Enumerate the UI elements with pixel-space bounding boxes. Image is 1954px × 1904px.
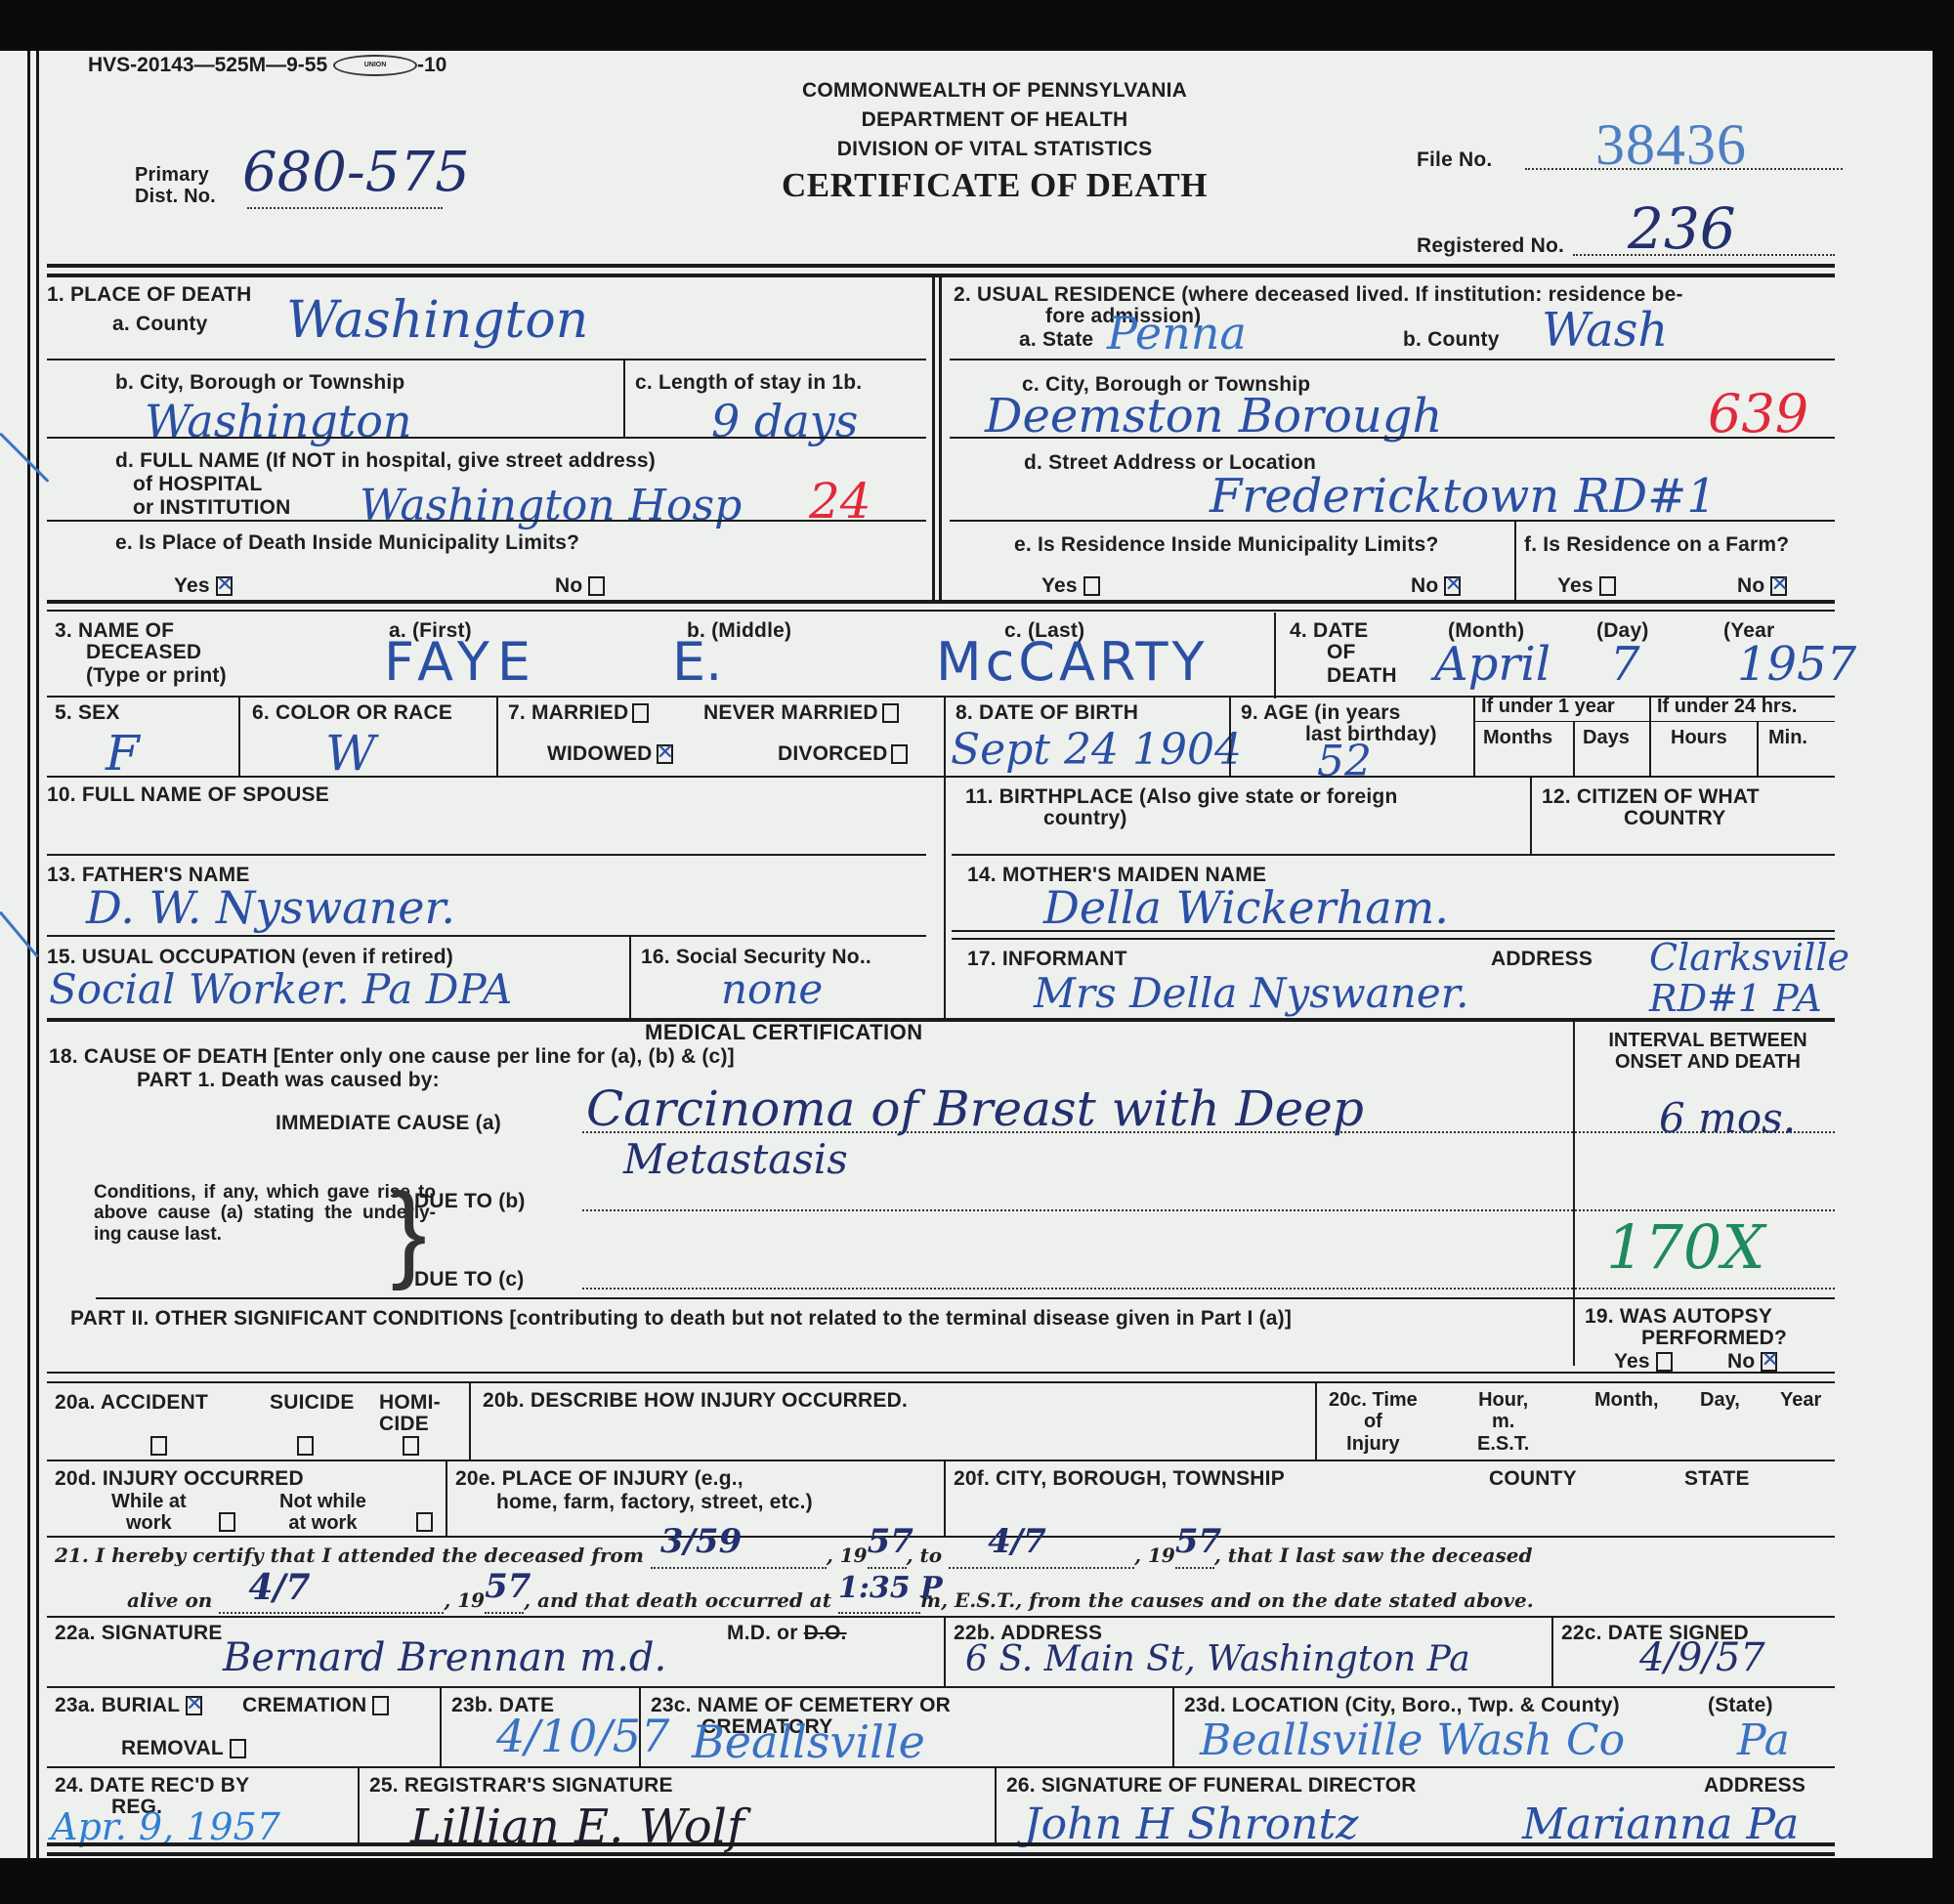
- rule: [1473, 696, 1475, 776]
- informant-address-line-1: Clarksville: [1649, 936, 1849, 979]
- date-signed-value: 4/9/57: [1639, 1635, 1765, 1680]
- form-code-text: HVS-20143—525M—9-55: [88, 54, 327, 76]
- autopsy-label: 19. WAS AUTOPSY: [1585, 1305, 1772, 1328]
- not-work-2: at work: [279, 1512, 366, 1534]
- injury-county-label: COUNTY: [1489, 1467, 1577, 1490]
- death-certificate-page: HVS-20143—525M—9-55 UNION-10 COMMONWEALT…: [0, 51, 1933, 1858]
- death-limits-no-checkbox[interactable]: [588, 576, 605, 596]
- spouse-label: 10. FULL NAME OF SPOUSE: [47, 783, 329, 806]
- hour-label-3: E.S.T.: [1477, 1433, 1529, 1455]
- no-label: No: [1411, 574, 1438, 597]
- residence-state-value: Penna: [1107, 307, 1247, 360]
- age-label: 9. AGE (in years: [1241, 701, 1401, 724]
- min-label: Min.: [1768, 727, 1807, 748]
- hours-label: Hours: [1671, 727, 1727, 748]
- injury-year-label: Year: [1780, 1389, 1821, 1411]
- interval-label-1: INTERVAL BETWEEN: [1600, 1030, 1815, 1051]
- widowed-checkbox[interactable]: [657, 744, 673, 764]
- under-24-hrs-label: If under 24 hrs.: [1657, 696, 1797, 717]
- page-title: CERTIFICATE OF DEATH: [633, 166, 1356, 205]
- informant-value: Mrs Della Nyswaner.: [1034, 969, 1469, 1017]
- alive-year-value: 57: [485, 1567, 531, 1606]
- death-date-label-2: OF: [1327, 641, 1356, 663]
- burial-label: 23a. BURIAL: [55, 1694, 180, 1716]
- middle-name-value: E.: [672, 631, 722, 693]
- injury-day-label: Day,: [1700, 1389, 1740, 1411]
- rule: [1757, 721, 1759, 776]
- death-day-value: 7: [1610, 637, 1640, 692]
- describe-injury-label: 20b. DESCRIBE HOW INJURY OCCURRED.: [483, 1389, 908, 1412]
- from-year-value: 57: [868, 1522, 913, 1561]
- union-suffix: -10: [417, 54, 446, 76]
- not-at-work-checkbox[interactable]: [416, 1512, 433, 1532]
- street-value: Fredericktown RD#1: [1210, 469, 1717, 524]
- not-at-work-label: Not while at work: [279, 1491, 366, 1535]
- farm-yes-checkbox[interactable]: [1599, 576, 1616, 596]
- header-agency: COMMONWEALTH OF PENNSYLVANIA DEPARTMENT …: [633, 76, 1356, 205]
- autopsy-label-2: PERFORMED?: [1641, 1327, 1787, 1349]
- rule: [446, 1460, 447, 1538]
- last-name-value: McCARTY: [936, 631, 1209, 693]
- margin-pen-mark: [0, 432, 50, 483]
- farm-label: f. Is Residence on a Farm?: [1524, 533, 1789, 556]
- citizen-label: 12. CITIZEN OF WHAT: [1542, 785, 1760, 808]
- father-value: D. W. Nyswaner.: [86, 881, 455, 934]
- cause-code-value: 170X: [1606, 1211, 1764, 1283]
- registered-no-value: 236: [1628, 195, 1736, 262]
- under-1-year-label: If under 1 year: [1481, 696, 1615, 717]
- homicide-label: HOMI-: [379, 1391, 441, 1414]
- autopsy-yes-checkbox[interactable]: [1656, 1352, 1673, 1372]
- divorced-option[interactable]: DIVORCED: [778, 742, 908, 765]
- physician-address-value: 6 S. Main St, Washington Pa: [965, 1639, 1470, 1679]
- burial-checkbox[interactable]: [186, 1696, 202, 1715]
- age-value: 52: [1317, 737, 1372, 786]
- rule: [952, 930, 1835, 932]
- death-city-label: b. City, Borough or Township: [115, 371, 404, 394]
- rule: [623, 359, 625, 437]
- death-county-value: Washington: [286, 291, 588, 350]
- rule: [47, 1372, 1835, 1374]
- mother-value: Della Wickerham.: [1043, 881, 1449, 934]
- rule: [47, 359, 926, 360]
- from-year-field[interactable]: 57: [868, 1544, 907, 1569]
- residence-limits-yes[interactable]: Yes: [1041, 574, 1100, 597]
- rule: [47, 520, 926, 522]
- burial-option[interactable]: 23a. BURIAL: [55, 1694, 202, 1716]
- alive-on-field[interactable]: 4/7: [219, 1588, 444, 1614]
- rule: [238, 696, 240, 776]
- residence-limits-no[interactable]: No: [1411, 574, 1461, 597]
- no-label: No: [1727, 1350, 1755, 1373]
- residence-limits-yes-checkbox[interactable]: [1083, 576, 1100, 596]
- rule: [1530, 776, 1532, 856]
- informant-address-line-2: RD#1 PA: [1649, 977, 1822, 1020]
- yes-label: Yes: [174, 574, 210, 597]
- hospital-label: d. FULL NAME (If NOT in hospital, give s…: [115, 449, 656, 472]
- interval-label: INTERVAL BETWEEN ONSET AND DEATH: [1600, 1030, 1815, 1074]
- rule: [1573, 721, 1575, 776]
- immediate-cause-label: IMMEDIATE CAUSE (a): [276, 1112, 501, 1134]
- autopsy-yes[interactable]: Yes: [1614, 1350, 1673, 1373]
- rule: [995, 1766, 997, 1844]
- hospital-label-3: or INSTITUTION: [133, 496, 290, 519]
- due-to-b-label: DUE TO (b): [414, 1190, 526, 1212]
- rule: [944, 776, 946, 856]
- autopsy-no-checkbox[interactable]: [1761, 1352, 1777, 1372]
- never-married-label: NEVER MARRIED: [703, 701, 878, 724]
- married-option[interactable]: 7. MARRIED: [508, 701, 649, 724]
- rule: [944, 1616, 946, 1686]
- no-label: No: [1737, 574, 1764, 597]
- death-date-label: 4. DATE: [1290, 619, 1368, 642]
- never-married-checkbox[interactable]: [882, 703, 899, 723]
- death-date-label-3: DEATH: [1327, 664, 1397, 687]
- divorced-label: DIVORCED: [778, 742, 887, 765]
- rule: [47, 1686, 1835, 1688]
- days-label: Days: [1583, 727, 1630, 748]
- deceased-heading-3: (Type or print): [86, 664, 227, 687]
- accident-checkbox[interactable]: [150, 1436, 167, 1456]
- registrar-signature-label: 25. REGISTRAR'S SIGNATURE: [369, 1774, 673, 1797]
- medical-certification-title: MEDICAL CERTIFICATION: [645, 1020, 923, 1045]
- cemetery-state-value: Pa: [1737, 1715, 1790, 1765]
- attended-to-value: 4/7: [988, 1522, 1046, 1561]
- no-label: No: [555, 574, 582, 597]
- immediate-cause-value-2: Metastasis: [623, 1135, 848, 1183]
- rule: [1473, 721, 1835, 722]
- rule: [944, 696, 946, 776]
- rule: [47, 935, 926, 937]
- cert-text: , 19: [444, 1588, 485, 1612]
- attended-from-value: 3/59: [660, 1522, 742, 1561]
- residence-county-value: Wash: [1542, 303, 1668, 358]
- while-work-1: While at: [111, 1491, 187, 1512]
- hospital-label-2: of HOSPITAL: [133, 473, 262, 495]
- cemetery-location-label: 23d. LOCATION (City, Boro., Twp. & Count…: [1184, 1694, 1620, 1716]
- registered-no-label: Registered No.: [1417, 234, 1564, 257]
- cert-text: m, E.S.T., from the causes and on the da…: [920, 1588, 1534, 1612]
- removal-label: REMOVAL: [121, 1737, 223, 1759]
- certificate-form: HVS-20143—525M—9-55 UNION-10 COMMONWEALT…: [47, 51, 1835, 1839]
- do-label: D.O.: [804, 1622, 847, 1644]
- agency-line-1: COMMONWEALTH OF PENNSYLVANIA: [633, 76, 1356, 106]
- due-to-c-line: [582, 1288, 1835, 1290]
- stay-length-label: c. Length of stay in 1b.: [635, 371, 862, 394]
- cremation-checkbox[interactable]: [372, 1696, 389, 1715]
- rule: [440, 1686, 442, 1768]
- informant-address-label: ADDRESS: [1491, 948, 1593, 970]
- rule: [1514, 520, 1516, 600]
- rule: [1315, 1381, 1317, 1460]
- deceased-heading: 3. NAME OF: [55, 619, 174, 642]
- rule: [1649, 696, 1651, 776]
- married-label: 7. MARRIED: [508, 701, 628, 724]
- stay-length-value: 9 days: [711, 395, 858, 447]
- funeral-director-label: 26. SIGNATURE OF FUNERAL DIRECTOR: [1006, 1774, 1417, 1797]
- residence-county-label: b. County: [1403, 328, 1500, 351]
- cert-text: , and that death occurred at: [524, 1588, 831, 1612]
- rule: [1573, 1018, 1575, 1366]
- death-limits-label: e. Is Place of Death Inside Municipality…: [115, 531, 579, 554]
- primary-label: Primary: [135, 164, 216, 186]
- time-of-injury-label: 20c. Time of Injury: [1329, 1389, 1418, 1455]
- rule: [47, 1381, 1835, 1383]
- death-county-label: a. County: [112, 313, 207, 335]
- rule: [47, 776, 1835, 778]
- attended-to-field[interactable]: 4/7: [949, 1544, 1134, 1569]
- rule: [47, 610, 1835, 612]
- agency-line-3: DIVISION OF VITAL STATISTICS: [633, 135, 1356, 164]
- cremation-label: CREMATION: [242, 1694, 366, 1716]
- rule: [1172, 1686, 1174, 1768]
- rule: [47, 1536, 1835, 1538]
- rule: [950, 359, 1835, 360]
- farm-no[interactable]: No: [1737, 574, 1787, 597]
- injury-occurred-label: 20d. INJURY OCCURRED: [55, 1467, 304, 1490]
- to-year-field[interactable]: 57: [1175, 1544, 1214, 1569]
- occupation-value: Social Worker. Pa DPA: [49, 965, 512, 1013]
- cemetery-state-label: (State): [1708, 1694, 1773, 1716]
- residence-limits-label: e. Is Residence Inside Municipality Limi…: [1014, 533, 1439, 556]
- rule: [47, 1616, 1835, 1618]
- certification-line-1: 21. I hereby certify that I attended the…: [55, 1544, 1532, 1569]
- dist-no-label: Dist. No.: [135, 186, 216, 207]
- cremation-option[interactable]: CREMATION: [242, 1694, 389, 1716]
- rule: [639, 1686, 641, 1768]
- place-of-death-heading: 1. PLACE OF DEATH: [47, 283, 252, 306]
- cert-text: , that I last saw the deceased: [1214, 1544, 1533, 1567]
- sex-value: F: [106, 725, 140, 782]
- rule: [629, 935, 631, 1018]
- rule: [952, 854, 1835, 856]
- informant-label: 17. INFORMANT: [967, 948, 1127, 970]
- file-no-value: 38436: [1595, 111, 1747, 179]
- rule: [96, 1297, 1835, 1299]
- cemetery-value: Beallsville: [692, 1715, 925, 1768]
- alive-on-value: 4/7: [248, 1567, 310, 1608]
- primary-dist-label: Primary Dist. No.: [135, 164, 216, 207]
- section-divider-b: [939, 277, 942, 600]
- rule: [944, 1460, 946, 1538]
- conditions-label: Conditions, if any, which gave rise to a…: [94, 1182, 436, 1245]
- cert-text: alive on: [127, 1588, 212, 1612]
- rule: [1551, 1616, 1553, 1686]
- immediate-cause-value: Carcinoma of Breast with Deep: [586, 1080, 1364, 1137]
- header-rule-1: [47, 264, 1835, 268]
- union-label-icon: UNION: [333, 55, 417, 76]
- rule: [944, 854, 946, 1020]
- rule: [47, 1766, 1835, 1768]
- rule: [950, 520, 1835, 522]
- homicide-label-2: CIDE: [379, 1413, 429, 1435]
- injury-city-label: 20f. CITY, BOROUGH, TOWNSHIP: [954, 1467, 1285, 1490]
- rule: [496, 696, 498, 776]
- residence-state-label: a. State: [1019, 328, 1093, 351]
- time-label-1: 20c. Time: [1329, 1389, 1418, 1411]
- cert-text: , 19: [827, 1544, 868, 1567]
- death-limits-yes-checkbox[interactable]: [216, 576, 233, 596]
- rule: [47, 600, 1835, 604]
- death-time-field[interactable]: 1:35 P: [838, 1588, 920, 1614]
- death-limits-yes[interactable]: Yes: [174, 574, 233, 597]
- ssn-value: none: [721, 965, 823, 1013]
- married-checkbox[interactable]: [632, 703, 649, 723]
- primary-dist-line: [247, 207, 443, 209]
- residence-city-code: 639: [1708, 383, 1808, 444]
- removal-option[interactable]: REMOVAL: [121, 1737, 246, 1759]
- file-no-label: File No.: [1417, 148, 1492, 171]
- place-of-injury-label: 20e. PLACE OF INJURY (e.g.,: [455, 1467, 743, 1490]
- cemetery-label: 23c. NAME OF CEMETERY OR: [651, 1694, 951, 1716]
- time-label-3: Injury: [1329, 1433, 1418, 1455]
- yes-label: Yes: [1041, 574, 1078, 597]
- birthplace-label: 11. BIRTHPLACE (Also give state or forei…: [965, 785, 1397, 808]
- rule: [47, 437, 926, 439]
- hour-label-1: Hour,: [1477, 1389, 1529, 1411]
- to-year-value: 57: [1175, 1522, 1221, 1561]
- interval-label-2: ONSET AND DEATH: [1600, 1051, 1815, 1073]
- rule: [469, 1381, 471, 1460]
- death-city-value: Washington: [145, 395, 412, 447]
- injury-state-label: STATE: [1684, 1467, 1750, 1490]
- attended-from-field[interactable]: 3/59: [651, 1544, 827, 1569]
- death-month-value: April: [1434, 637, 1550, 692]
- dob-value: Sept 24 1904: [951, 725, 1242, 775]
- removal-checkbox[interactable]: [230, 1739, 246, 1758]
- deceased-heading-2: DECEASED: [86, 641, 201, 663]
- interval-value: 6 mos.: [1659, 1094, 1796, 1142]
- suicide-checkbox[interactable]: [297, 1436, 314, 1456]
- yes-label: Yes: [1614, 1350, 1650, 1373]
- section-divider-a: [932, 277, 935, 600]
- due-to-c-label: DUE TO (c): [414, 1268, 524, 1290]
- rule: [1229, 696, 1231, 776]
- birthplace-label-2: country): [1043, 807, 1127, 829]
- disposition-date-value: 4/10/57: [496, 1710, 669, 1762]
- homicide-checkbox[interactable]: [403, 1436, 419, 1456]
- while-work-2: work: [111, 1512, 187, 1534]
- agency-line-2: DEPARTMENT OF HEALTH: [633, 106, 1356, 135]
- time-label-2: of: [1329, 1411, 1418, 1432]
- alive-year-field[interactable]: 57: [485, 1588, 524, 1614]
- never-married-option[interactable]: NEVER MARRIED: [703, 701, 899, 724]
- rule: [1274, 613, 1276, 698]
- race-label: 6. COLOR OR RACE: [252, 701, 452, 724]
- not-work-1: Not while: [279, 1491, 366, 1512]
- place-of-injury-label-2: home, farm, factory, street, etc.): [496, 1491, 813, 1513]
- rule: [47, 1852, 1835, 1856]
- hour-label-2: m.: [1477, 1411, 1529, 1432]
- death-limits-no[interactable]: No: [555, 574, 605, 597]
- rule: [47, 1842, 1835, 1846]
- residence-limits-no-checkbox[interactable]: [1444, 576, 1461, 596]
- certification-line-2: alive on 4/7 , 1957 , and that death occ…: [127, 1588, 1534, 1614]
- dob-label: 8. DATE OF BIRTH: [956, 701, 1138, 724]
- date-received-label: 24. DATE REC'D BY: [55, 1774, 249, 1797]
- widowed-label: WIDOWED: [547, 742, 653, 765]
- part-1-label: PART 1. Death was caused by:: [137, 1069, 440, 1091]
- farm-no-checkbox[interactable]: [1770, 576, 1787, 596]
- hour-label: Hour, m. E.S.T.: [1477, 1389, 1529, 1455]
- farm-yes[interactable]: Yes: [1557, 574, 1616, 597]
- divorced-checkbox[interactable]: [891, 744, 908, 764]
- part-2-label: PART II. OTHER SIGNIFICANT CONDITIONS [c…: [70, 1307, 1292, 1330]
- physician-signature: Bernard Brennan m.d.: [223, 1635, 666, 1680]
- hospital-value: Washington Hosp: [360, 481, 742, 530]
- residence-city-value: Deemston Borough: [985, 389, 1442, 444]
- rule: [47, 854, 926, 856]
- cert-text: 21. I hereby certify that I attended the…: [55, 1544, 644, 1567]
- signature-label: 22a. SIGNATURE: [55, 1622, 223, 1644]
- injury-month-label: Month,: [1594, 1389, 1659, 1411]
- md-label: M.D. or: [727, 1622, 798, 1644]
- citizen-label-2: COUNTRY: [1624, 807, 1725, 829]
- sex-label: 5. SEX: [55, 701, 120, 724]
- md-or-do-label: M.D. or D.O.: [727, 1622, 847, 1644]
- cert-text: , 19: [1134, 1544, 1175, 1567]
- accident-label: 20a. ACCIDENT: [55, 1391, 208, 1414]
- rule: [950, 437, 1835, 439]
- race-value: W: [325, 725, 375, 782]
- funeral-address-label: ADDRESS: [1704, 1774, 1805, 1797]
- cemetery-location-value: Beallsville Wash Co: [1200, 1715, 1625, 1765]
- rule: [358, 1766, 360, 1844]
- primary-dist-value: 680-575: [242, 141, 470, 204]
- widowed-option[interactable]: WIDOWED: [547, 742, 673, 765]
- first-name-value: FAYE: [384, 631, 538, 693]
- while-at-work-label: While at work: [111, 1491, 187, 1535]
- suicide-label: SUICIDE: [270, 1391, 355, 1414]
- months-label: Months: [1483, 727, 1552, 748]
- while-at-work-checkbox[interactable]: [219, 1512, 235, 1532]
- cause-of-death-label: 18. CAUSE OF DEATH [Enter only one cause…: [49, 1045, 735, 1068]
- rule: [47, 1018, 1835, 1022]
- death-time-value: 1:35 P: [838, 1571, 943, 1605]
- rule: [47, 1460, 1835, 1461]
- autopsy-no[interactable]: No: [1727, 1350, 1777, 1373]
- yes-label: Yes: [1557, 574, 1593, 597]
- death-year-value: 1957: [1737, 637, 1856, 692]
- form-code: HVS-20143—525M—9-55 UNION-10: [88, 54, 446, 77]
